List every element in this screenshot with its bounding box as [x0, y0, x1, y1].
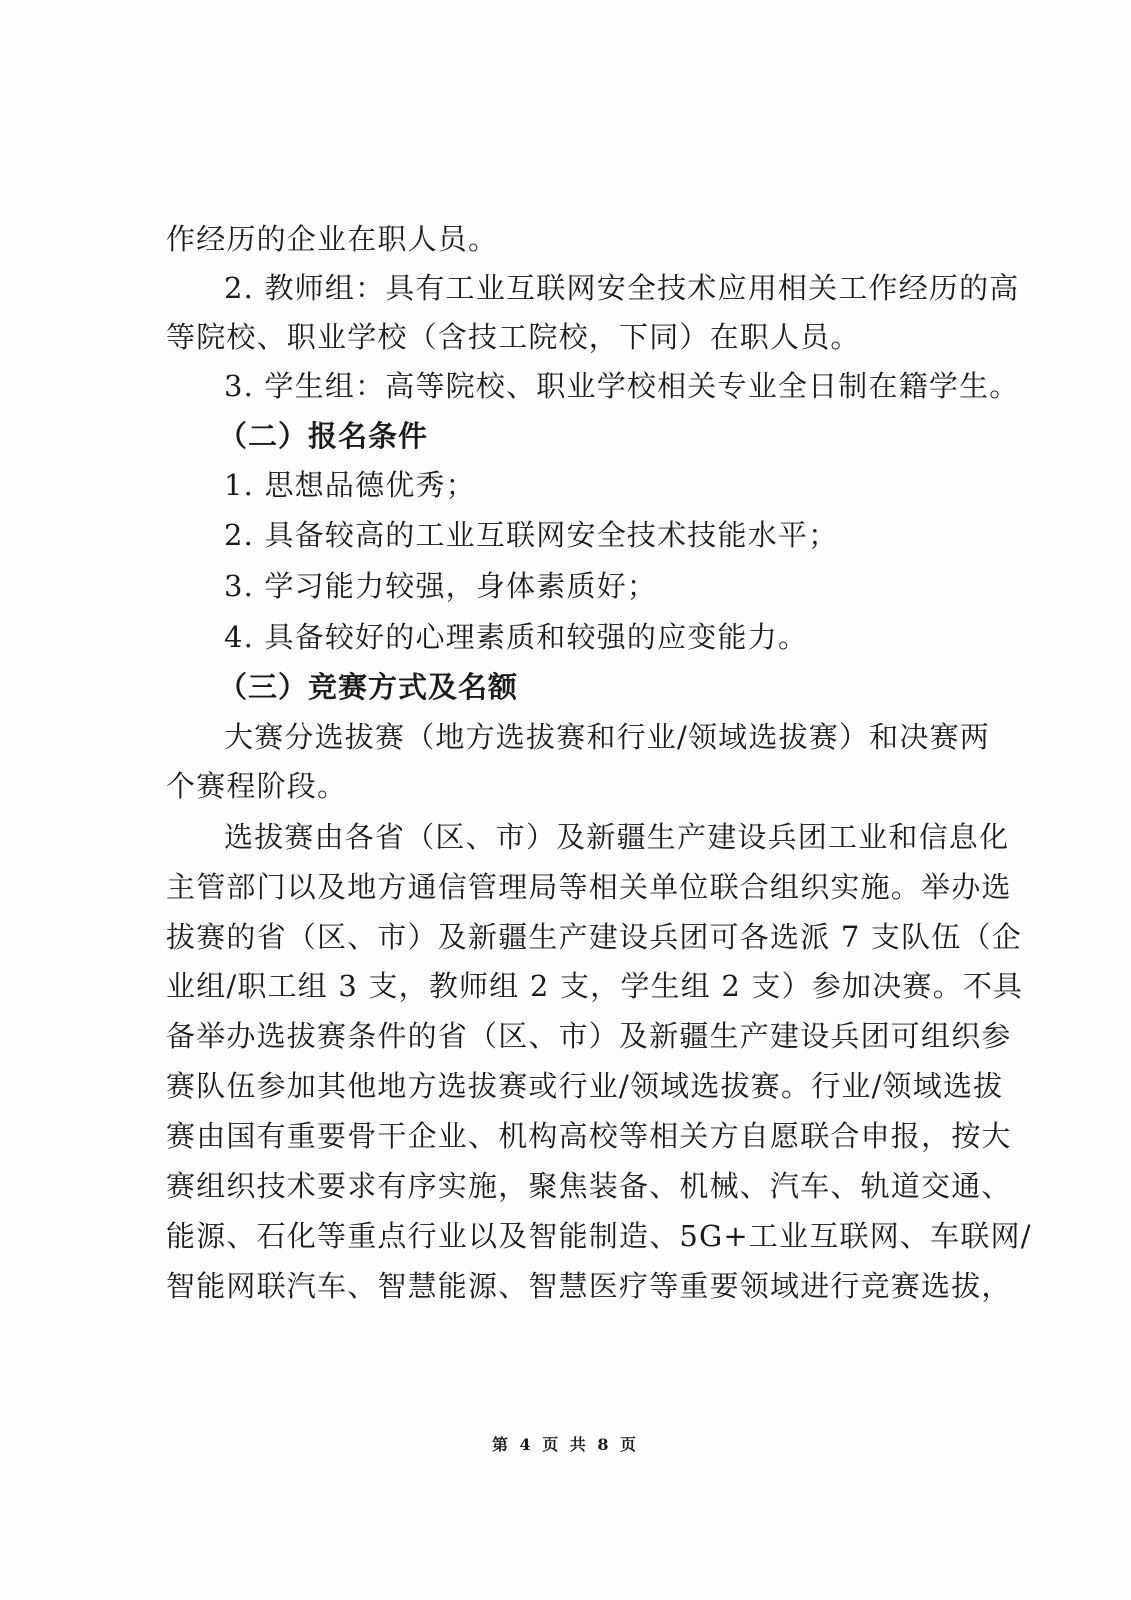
- paragraph-line: 能源、石化等重点行业以及智能制造、5G+工业互联网、车联网/: [166, 1219, 956, 1253]
- section-heading: （二）报名条件: [218, 419, 1008, 453]
- paragraph-line: 拔赛的省（区、市）及新疆生产建设兵团可各选派 7 支队伍（企: [166, 920, 956, 954]
- document-page: 作经历的企业在职人员。 2. 教师组：具有工业互联网安全技术应用相关工作经历的高…: [0, 0, 1131, 1600]
- paragraph-line: 个赛程阶段。: [166, 769, 956, 803]
- paragraph-line: 赛由国有重要骨干企业、机构高校等相关方自愿联合申报，按大: [166, 1119, 956, 1153]
- paragraph-line: 赛队伍参加其他地方选拔赛或行业/领域选拔赛。行业/领域选拔: [166, 1069, 956, 1103]
- list-item: 3. 学习能力较强，身体素质好；: [224, 569, 956, 603]
- paragraph-line: 3. 学生组：高等院校、职业学校相关专业全日制在籍学生。: [224, 369, 956, 403]
- paragraph-line: 等院校、职业学校（含技工院校，下同）在职人员。: [166, 320, 956, 354]
- list-item: 4. 具备较好的心理素质和较强的应变能力。: [224, 620, 956, 654]
- paragraph-line: 备举办选拔赛条件的省（区、市）及新疆生产建设兵团可组织参: [166, 1019, 956, 1053]
- list-item: 2. 具备较高的工业互联网安全技术技能水平；: [224, 518, 956, 552]
- list-item: 1. 思想品德优秀；: [224, 468, 956, 502]
- paragraph-line: 作经历的企业在职人员。: [166, 222, 956, 256]
- paragraph-line: 2. 教师组：具有工业互联网安全技术应用相关工作经历的高: [224, 271, 956, 305]
- paragraph-line: 智能网联汽车、智慧能源、智慧医疗等重要领域进行竞赛选拔，: [166, 1269, 956, 1303]
- paragraph-line: 主管部门以及地方通信管理局等相关单位联合组织实施。举办选: [166, 870, 956, 904]
- paragraph-line: 业组/职工组 3 支，教师组 2 支，学生组 2 支）参加决赛。不具: [166, 969, 956, 1003]
- page-number-footer: 第 4 页 共 8 页: [0, 1432, 1131, 1455]
- paragraph-line: 选拔赛由各省（区、市）及新疆生产建设兵团工业和信息化: [224, 820, 956, 854]
- section-heading: （三）竞赛方式及名额: [218, 670, 1008, 704]
- paragraph-line: 大赛分选拔赛（地方选拔赛和行业/领域选拔赛）和决赛两: [224, 720, 956, 754]
- paragraph-line: 赛组织技术要求有序实施，聚焦装备、机械、汽车、轨道交通、: [166, 1169, 956, 1203]
